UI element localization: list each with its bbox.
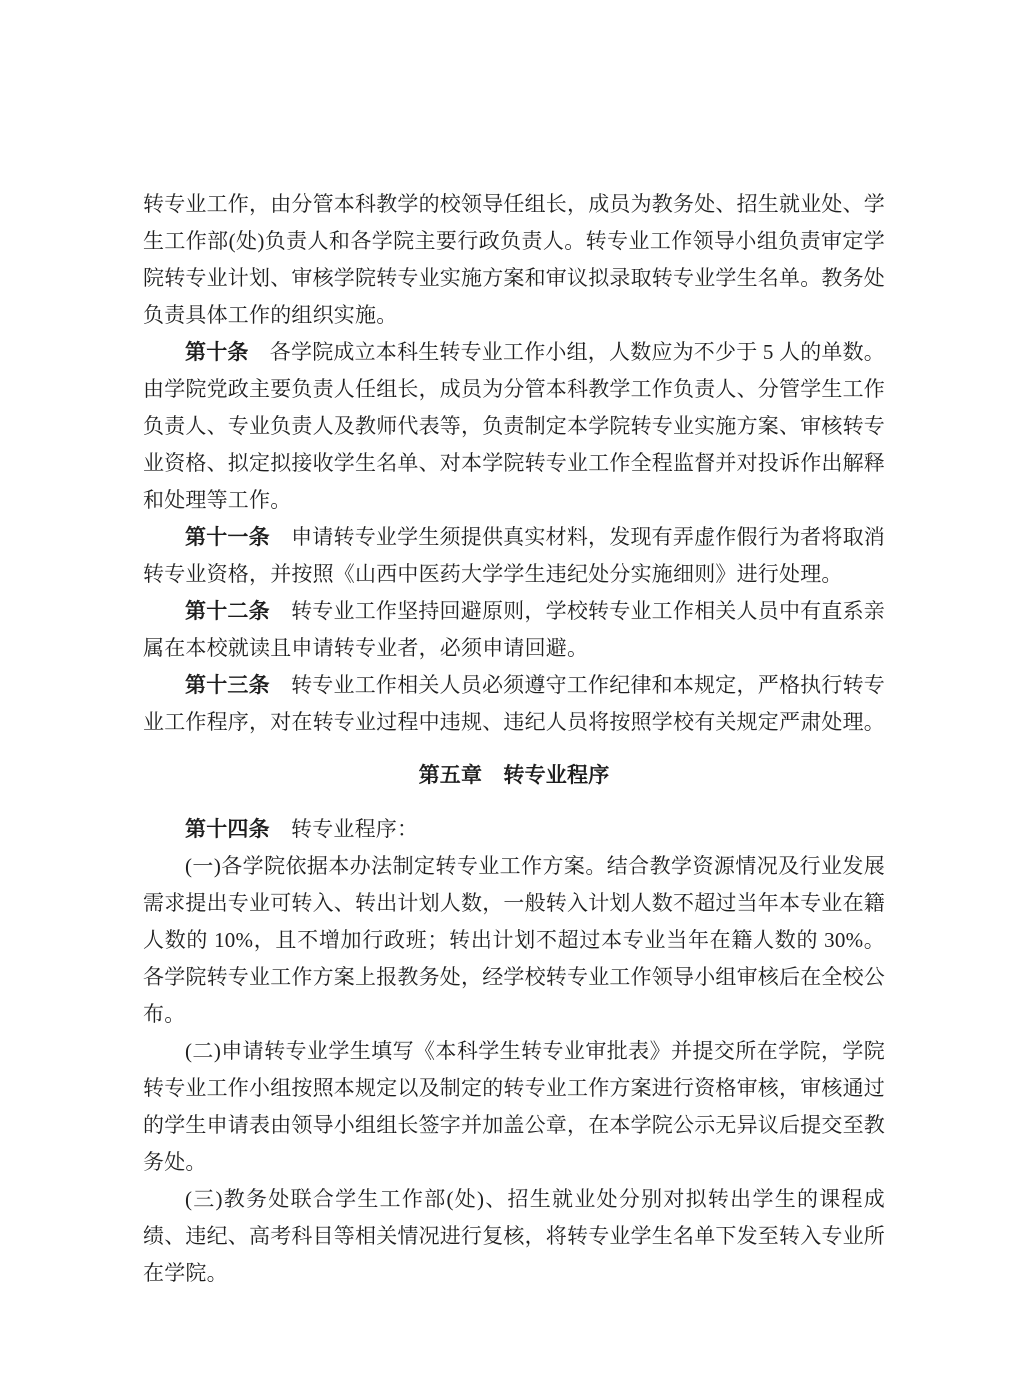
article-number-label: 第十一条	[185, 526, 270, 549]
paragraph-text: (一)各学院依据本办法制定转专业工作方案。结合教学资源情况及行业发展需求提出专业…	[143, 854, 885, 1026]
chapter-heading: 第五章 转专业程序	[143, 757, 885, 794]
article-number-label: 第十二条	[185, 600, 270, 623]
paragraph-text: (二)申请转专业学生填写《本科学生转专业审批表》并提交所在学院，学院转专业工作小…	[143, 1039, 885, 1174]
article-number-label: 第五章 转专业程序	[419, 764, 610, 787]
article-number-label: 第十四条	[185, 818, 270, 841]
body-paragraph: (二)申请转专业学生填写《本科学生转专业审批表》并提交所在学院，学院转专业工作小…	[143, 1033, 885, 1181]
body-paragraph: 第十四条 转专业程序：	[143, 811, 885, 848]
body-paragraph-continuation: 转专业工作，由分管本科教学的校领导任组长，成员为教务处、招生就业处、学生工作部(…	[143, 186, 885, 334]
body-paragraph: (三)教务处联合学生工作部(处)、招生就业处分别对拟转出学生的课程成绩、违纪、高…	[143, 1181, 885, 1292]
paragraph-text: (三)教务处联合学生工作部(处)、招生就业处分别对拟转出学生的课程成绩、违纪、高…	[143, 1187, 885, 1285]
body-paragraph: 第十条 各学院成立本科生转专业工作小组，人数应为不少于 5 人的单数。由学院党政…	[143, 334, 885, 519]
body-paragraph: 第十一条 申请转专业学生须提供真实材料，发现有弄虚作假行为者将取消转专业资格，并…	[143, 519, 885, 593]
paragraph-text: 转专业工作，由分管本科教学的校领导任组长，成员为教务处、招生就业处、学生工作部(…	[143, 192, 885, 327]
article-number-label: 第十条	[185, 341, 249, 364]
document-page: 转专业工作，由分管本科教学的校领导任组长，成员为教务处、招生就业处、学生工作部(…	[0, 0, 1024, 1379]
body-paragraph: 第十三条 转专业工作相关人员必须遵守工作纪律和本规定，严格执行转专业工作程序，对…	[143, 667, 885, 741]
document-body: 转专业工作，由分管本科教学的校领导任组长，成员为教务处、招生就业处、学生工作部(…	[143, 186, 885, 1292]
body-paragraph: 第十二条 转专业工作坚持回避原则，学校转专业工作相关人员中有直系亲属在本校就读且…	[143, 593, 885, 667]
paragraph-text: 转专业程序：	[270, 817, 418, 841]
article-number-label: 第十三条	[185, 674, 270, 697]
paragraph-text: 各学院成立本科生转专业工作小组，人数应为不少于 5 人的单数。由学院党政主要负责…	[143, 340, 885, 512]
body-paragraph: (一)各学院依据本办法制定转专业工作方案。结合教学资源情况及行业发展需求提出专业…	[143, 848, 885, 1033]
